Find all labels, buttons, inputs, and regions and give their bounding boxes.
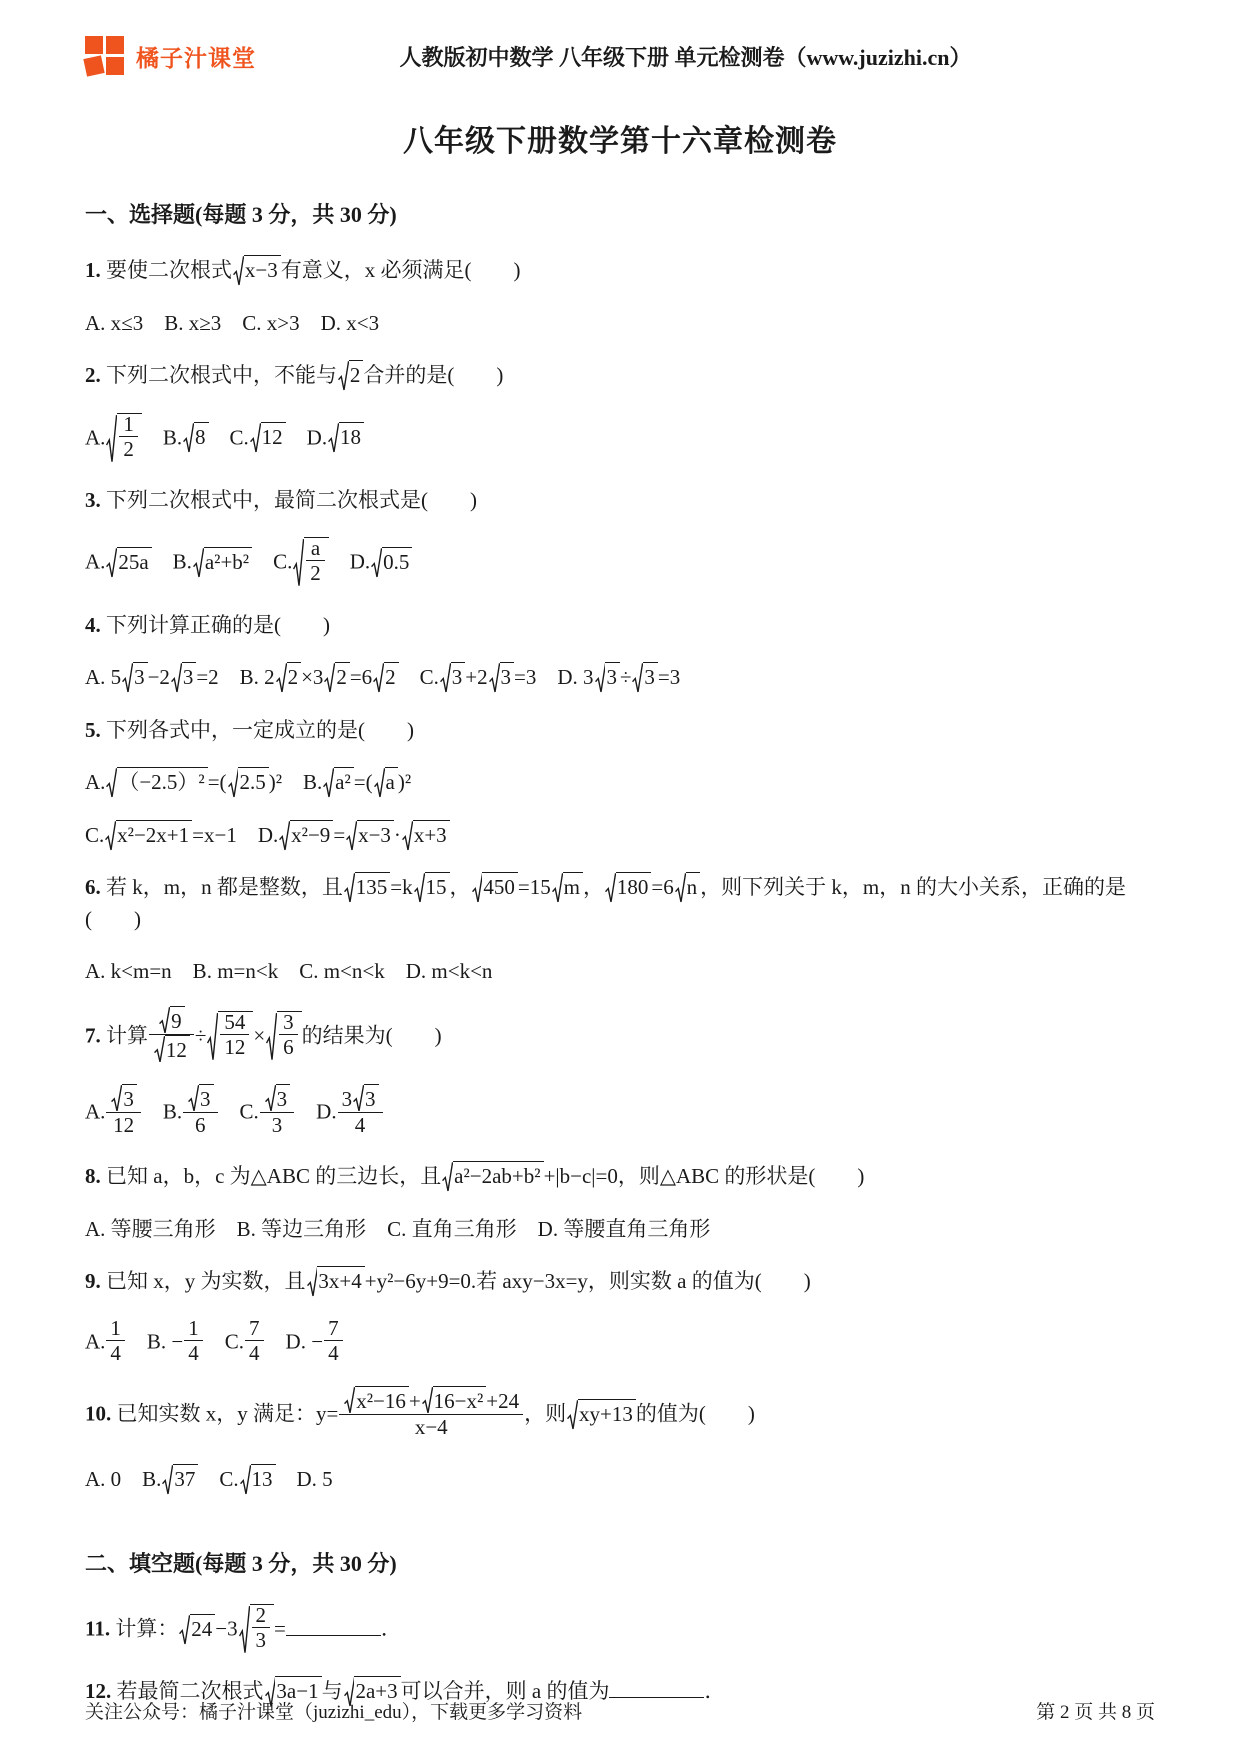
- sqrt-expression: 3: [111, 1084, 136, 1112]
- option-line: A.12 B.8 C.12 D.18: [85, 413, 1155, 464]
- radical-sign-icon: [307, 1266, 318, 1298]
- sqrt-radicand: 3: [199, 1084, 214, 1112]
- radical-sign-icon: [266, 1011, 277, 1062]
- radical-sign-icon: [567, 1399, 578, 1431]
- sqrt-radicand: 2.5: [238, 767, 268, 795]
- sqrt-expression: （−2.5）²: [106, 767, 207, 799]
- sqrt-radicand: 3: [500, 662, 515, 690]
- sqrt-radicand: 3: [133, 662, 148, 690]
- radical-sign-icon: [106, 767, 117, 799]
- sqrt-expression: 12: [106, 413, 141, 464]
- radical-sign-icon: [338, 360, 349, 392]
- bold-text: 8.: [85, 1164, 101, 1188]
- fraction: x²−16+16−x²+24x−4: [338, 1386, 524, 1439]
- question-list: 一、选择题(每题 3 分，共 30 分)1. 要使二次根式x−3有意义，x 必须…: [85, 198, 1155, 1708]
- sqrt-radicand: m: [563, 872, 583, 900]
- fraction-numerator: 54: [220, 1010, 249, 1034]
- fraction-denominator: 12: [149, 1034, 194, 1063]
- fraction: 912: [148, 1006, 195, 1064]
- fraction-numerator: x²−16+16−x²+24: [339, 1386, 523, 1414]
- sqrt-radicand: 2: [384, 662, 399, 690]
- radical-sign-icon: [265, 1084, 276, 1112]
- sqrt-radicand: 135: [355, 872, 391, 900]
- question-line: 6. 若 k，m，n 都是整数，且135=k15，450=15m，180=6n，…: [85, 872, 1155, 935]
- radical-sign-icon: [293, 537, 304, 588]
- section-heading: 一、选择题(每题 3 分，共 30 分): [85, 198, 1155, 231]
- sqrt-radicand: 450: [482, 872, 518, 900]
- logo-square-icon: [85, 36, 103, 54]
- option-line: A. 53−23=2 B. 22×32=62 C.3+23=3 D. 33÷3=…: [85, 662, 1155, 694]
- bold-text: 7.: [85, 1023, 101, 1047]
- fraction-denominator: 4: [184, 1340, 203, 1365]
- sqrt-expression: 135: [344, 872, 390, 904]
- sqrt-expression: n: [675, 872, 700, 904]
- question-line: 11. 计算：24−323=．: [85, 1604, 1155, 1655]
- radical-sign-icon: [440, 662, 451, 694]
- logo-square-icon: [106, 36, 124, 54]
- bold-text: 2.: [85, 363, 101, 387]
- fraction-denominator: 6: [279, 1034, 298, 1059]
- fraction-denominator: 2: [119, 436, 138, 461]
- radical-sign-icon: [324, 662, 335, 694]
- bold-text: 二、填空题(每题 3 分，共 30 分): [85, 1551, 397, 1576]
- sqrt-expression: 12: [154, 1035, 190, 1063]
- radical-sign-icon: [233, 255, 244, 287]
- option-line: A.25a B.a²+b² C.a2 D.0.5: [85, 537, 1155, 588]
- radical-sign-icon: [373, 662, 384, 694]
- answer-blank: [609, 1676, 704, 1698]
- fraction-numerator: 3: [183, 1084, 217, 1112]
- sqrt-expression: x+3: [402, 820, 450, 852]
- radical-sign-icon: [106, 413, 117, 464]
- fraction: 36: [182, 1084, 218, 1137]
- radical-sign-icon: [250, 422, 261, 454]
- radical-sign-icon: [632, 662, 643, 694]
- sqrt-expression: 2: [324, 662, 349, 694]
- page-content: 橘子汁课堂 人教版初中数学 八年级下册 单元检测卷（www.juzizhi.cn…: [0, 0, 1240, 1708]
- sqrt-expression: 3: [489, 662, 514, 694]
- radical-sign-icon: [371, 547, 382, 579]
- sqrt-radicand: 3: [182, 662, 197, 690]
- bold-text: 4.: [85, 613, 101, 637]
- fraction-numerator: 7: [324, 1316, 343, 1340]
- question-line: 3. 下列二次根式中，最简二次根式是( ): [85, 485, 1155, 517]
- fraction-numerator: 3: [106, 1084, 140, 1112]
- sqrt-radicand: 16−x²: [433, 1386, 487, 1414]
- fraction-numerator: 1: [106, 1316, 125, 1340]
- fraction: 5412: [219, 1010, 250, 1059]
- sqrt-expression: 16−x²: [422, 1386, 487, 1414]
- sqrt-radicand: a2: [304, 537, 329, 588]
- radical-sign-icon: [162, 1464, 173, 1496]
- bold-text: 5.: [85, 718, 101, 742]
- fraction-denominator: 3: [260, 1112, 294, 1137]
- radical-sign-icon: [239, 1604, 250, 1655]
- option-line: A. x≤3 B. x≥3 C. x>3 D. x<3: [85, 308, 1155, 340]
- sqrt-expression: m: [552, 872, 583, 904]
- radical-sign-icon: [228, 767, 239, 799]
- sqrt-radicand: x−3: [357, 820, 394, 848]
- fraction-denominator: 4: [338, 1112, 383, 1137]
- sqrt-expression: 3: [595, 662, 620, 694]
- sqrt-expression: x²−2x+1: [105, 820, 192, 852]
- sqrt-expression: 450: [472, 872, 518, 904]
- sqrt-expression: 3: [188, 1084, 213, 1112]
- sqrt-expression: x−3: [233, 255, 281, 287]
- sqrt-expression: 24: [179, 1614, 215, 1646]
- radical-sign-icon: [344, 1386, 355, 1414]
- sqrt-expression: x−3: [346, 820, 394, 852]
- fraction-numerator: 3: [260, 1084, 294, 1112]
- sqrt-radicand: 0.5: [382, 547, 412, 575]
- radical-sign-icon: [171, 662, 182, 694]
- sqrt-expression: a²: [323, 767, 354, 799]
- sqrt-expression: x²−16: [344, 1386, 409, 1414]
- option-line: C.x²−2x+1=x−1 D.x²−9=x−3·x+3: [85, 820, 1155, 852]
- question-line: 9. 已知 x，y 为实数，且3x+4+y²−6y+9=0.若 axy−3x=y…: [85, 1266, 1155, 1298]
- sqrt-radicand: 2: [287, 662, 302, 690]
- bold-text: 9.: [85, 1269, 101, 1293]
- fraction-numerator: 33: [338, 1084, 383, 1112]
- radical-sign-icon: [442, 1161, 453, 1193]
- sqrt-radicand: 3: [122, 1084, 137, 1112]
- sqrt-expression: 3x+4: [307, 1266, 365, 1298]
- sqrt-radicand: 3x+4: [317, 1266, 364, 1294]
- sqrt-radicand: 13: [251, 1464, 276, 1492]
- logo-square-icon: [106, 57, 124, 75]
- sqrt-expression: xy+13: [567, 1399, 636, 1431]
- document-header-title: 人教版初中数学 八年级下册 单元检测卷（www.juzizhi.cn）: [256, 41, 1155, 72]
- fraction-denominator: 4: [245, 1340, 264, 1365]
- sqrt-radicand: 15: [425, 872, 450, 900]
- sqrt-radicand: 36: [277, 1011, 302, 1062]
- fraction: 33: [259, 1084, 295, 1137]
- option-line: A. 等腰三角形 B. 等边三角形 C. 直角三角形 D. 等腰直角三角形: [85, 1214, 1155, 1246]
- sqrt-radicand: 25a: [117, 547, 151, 575]
- fraction: 23: [251, 1603, 272, 1652]
- sqrt-expression: x²−9: [279, 820, 333, 852]
- option-line: A. k<m=n B. m=n<k C. m<n<k D. m<k<n: [85, 956, 1155, 988]
- sqrt-radicand: 180: [616, 872, 652, 900]
- fraction: 14: [183, 1316, 204, 1365]
- sqrt-expression: 15: [414, 872, 450, 904]
- brand-logo: 橘子汁课堂: [85, 36, 256, 76]
- sqrt-expression: 37: [162, 1464, 198, 1496]
- sqrt-radicand: 3: [364, 1084, 379, 1112]
- sqrt-expression: 180: [605, 872, 651, 904]
- sqrt-radicand: 12: [261, 422, 286, 450]
- bold-text: 10.: [85, 1402, 111, 1426]
- sqrt-radicand: xy+13: [578, 1399, 636, 1427]
- fraction-denominator: x−4: [339, 1414, 523, 1439]
- sqrt-expression: 18: [328, 422, 364, 454]
- fraction-denominator: 12: [220, 1034, 249, 1059]
- logo-square-icon: [83, 55, 104, 76]
- sqrt-expression: 2: [338, 360, 363, 392]
- fraction-numerator: 3: [279, 1010, 298, 1034]
- sqrt-expression: 9: [159, 1006, 184, 1034]
- sqrt-radicand: 18: [339, 422, 364, 450]
- radical-sign-icon: [188, 1084, 199, 1112]
- radical-sign-icon: [344, 872, 355, 904]
- fraction: 36: [278, 1010, 299, 1059]
- sqrt-expression: 2.5: [228, 767, 269, 799]
- fraction-denominator: 2: [306, 560, 325, 585]
- sqrt-expression: 3: [632, 662, 657, 694]
- sqrt-expression: 3: [265, 1084, 290, 1112]
- fraction-denominator: 4: [106, 1340, 125, 1365]
- sqrt-radicand: 3: [451, 662, 466, 690]
- sqrt-radicand: 12: [117, 413, 142, 464]
- radical-sign-icon: [279, 820, 290, 852]
- fraction-denominator: 12: [106, 1112, 140, 1137]
- fraction-numerator: 1: [119, 412, 138, 436]
- radical-sign-icon: [193, 547, 204, 579]
- sqrt-expression: a²−2ab+b²: [442, 1161, 543, 1193]
- sqrt-radicand: 24: [190, 1614, 215, 1642]
- sqrt-expression: 3: [440, 662, 465, 694]
- fraction: 74: [323, 1316, 344, 1365]
- question-line: 2. 下列二次根式中，不能与2合并的是( ): [85, 360, 1155, 392]
- fraction-numerator: 9: [149, 1006, 194, 1034]
- bold-text: 6.: [85, 875, 101, 899]
- radical-sign-icon: [111, 1084, 122, 1112]
- logo-text: 橘子汁课堂: [136, 40, 256, 73]
- radical-sign-icon: [105, 820, 116, 852]
- sqrt-expression: a: [374, 767, 398, 799]
- fraction-numerator: 7: [245, 1316, 264, 1340]
- radical-sign-icon: [422, 1386, 433, 1414]
- sqrt-expression: 2: [276, 662, 301, 694]
- radical-sign-icon: [159, 1006, 170, 1034]
- radical-sign-icon: [183, 422, 194, 454]
- fraction-denominator: 3: [252, 1627, 271, 1652]
- exam-page: 橘子汁课堂 人教版初中数学 八年级下册 单元检测卷（www.juzizhi.cn…: [0, 0, 1240, 1754]
- fraction-numerator: 1: [184, 1316, 203, 1340]
- sqrt-radicand: 37: [173, 1464, 198, 1492]
- question-line: 7. 计算912÷5412×36的结果为( ): [85, 1009, 1155, 1067]
- sqrt-expression: 5412: [207, 1011, 253, 1062]
- radical-sign-icon: [328, 422, 339, 454]
- sqrt-radicand: 2: [335, 662, 350, 690]
- fraction-denominator: 4: [324, 1340, 343, 1365]
- sqrt-radicand: x−3: [244, 255, 281, 283]
- sqrt-radicand: 3: [643, 662, 658, 690]
- sqrt-radicand: 8: [194, 422, 209, 450]
- sqrt-expression: a²+b²: [193, 547, 252, 579]
- radical-sign-icon: [323, 767, 334, 799]
- question-line: 8. 已知 a，b，c 为△ABC 的三边长，且a²−2ab+b²+|b−c|=…: [85, 1161, 1155, 1193]
- fraction-numerator: a: [306, 536, 325, 560]
- sqrt-expression: 8: [183, 422, 208, 454]
- radical-sign-icon: [472, 872, 483, 904]
- fraction-numerator: 2: [252, 1603, 271, 1627]
- sqrt-radicand: a²: [334, 767, 354, 795]
- fraction: 14: [105, 1316, 126, 1365]
- page-number: 第 2 页 共 8 页: [1036, 1697, 1155, 1724]
- page-title: 八年级下册数学第十六章检测卷: [85, 116, 1155, 160]
- sqrt-radicand: a²−2ab+b²: [453, 1161, 543, 1189]
- sqrt-radicand: n: [686, 872, 701, 900]
- sqrt-radicand: 3: [276, 1084, 291, 1112]
- sqrt-radicand: 5412: [218, 1011, 253, 1062]
- fraction: 312: [105, 1084, 141, 1137]
- radical-sign-icon: [154, 1035, 165, 1063]
- section-heading: 二、填空题(每题 3 分，共 30 分): [85, 1547, 1155, 1580]
- radical-sign-icon: [122, 662, 133, 694]
- sqrt-radicand: x²−16: [355, 1386, 409, 1414]
- bold-text: 3.: [85, 488, 101, 512]
- question-line: 4. 下列计算正确的是( ): [85, 610, 1155, 642]
- sqrt-radicand: （−2.5）²: [117, 767, 207, 795]
- option-line: A.（−2.5）²=(2.5)² B.a²=(a)²: [85, 767, 1155, 799]
- sqrt-radicand: 2: [349, 360, 364, 388]
- radical-sign-icon: [605, 872, 616, 904]
- sqrt-expression: 25a: [106, 547, 151, 579]
- fraction-denominator: 6: [183, 1112, 217, 1137]
- question-line: 1. 要使二次根式x−3有意义，x 必须满足( ): [85, 255, 1155, 287]
- sqrt-radicand: x²−2x+1: [116, 820, 192, 848]
- radical-sign-icon: [207, 1011, 218, 1062]
- bold-text: 1.: [85, 258, 101, 282]
- sqrt-radicand: a²+b²: [204, 547, 252, 575]
- sqrt-expression: 36: [266, 1011, 301, 1062]
- radical-sign-icon: [402, 820, 413, 852]
- sqrt-expression: 3: [171, 662, 196, 694]
- question-line: 5. 下列各式中，一定成立的是( ): [85, 715, 1155, 747]
- radical-sign-icon: [552, 872, 563, 904]
- sqrt-expression: 23: [239, 1604, 274, 1655]
- sqrt-expression: 3: [122, 662, 147, 694]
- sqrt-radicand: 9: [170, 1006, 185, 1034]
- fraction: a2: [305, 536, 326, 585]
- radical-sign-icon: [353, 1084, 364, 1112]
- radical-sign-icon: [374, 767, 385, 799]
- sqrt-expression: 13: [240, 1464, 276, 1496]
- option-line: A. 0 B.37 C.13 D. 5: [85, 1464, 1155, 1496]
- sqrt-radicand: 12: [165, 1035, 190, 1063]
- sqrt-radicand: 3: [605, 662, 620, 690]
- answer-blank: [286, 1614, 381, 1636]
- radical-sign-icon: [489, 662, 500, 694]
- logo-icon: [85, 36, 127, 76]
- sqrt-radicand: x²−9: [290, 820, 333, 848]
- option-line: A.312 B.36 C.33 D.334: [85, 1087, 1155, 1140]
- radical-sign-icon: [106, 547, 117, 579]
- radical-sign-icon: [346, 820, 357, 852]
- radical-sign-icon: [675, 872, 686, 904]
- page-header: 橘子汁课堂 人教版初中数学 八年级下册 单元检测卷（www.juzizhi.cn…: [85, 36, 1155, 76]
- option-line: A.14 B. −14 C.74 D. −74: [85, 1319, 1155, 1368]
- question-line: 10. 已知实数 x，y 满足：y=x²−16+16−x²+24x−4，则xy+…: [85, 1389, 1155, 1442]
- sqrt-expression: 2: [373, 662, 398, 694]
- sqrt-radicand: 23: [250, 1604, 275, 1655]
- radical-sign-icon: [276, 662, 287, 694]
- bold-text: 一、选择题(每题 3 分，共 30 分): [85, 202, 397, 227]
- page-footer: 关注公众号：橘子汁课堂（juzizhi_edu），下载更多学习资料 第 2 页 …: [85, 1697, 1155, 1724]
- fraction: 334: [337, 1084, 384, 1137]
- bold-text: 11.: [85, 1617, 110, 1641]
- sqrt-expression: a2: [293, 537, 328, 588]
- sqrt-radicand: a: [385, 767, 398, 795]
- fraction: 12: [118, 412, 139, 461]
- radical-sign-icon: [179, 1614, 190, 1646]
- fraction: 74: [244, 1316, 265, 1365]
- radical-sign-icon: [414, 872, 425, 904]
- sqrt-expression: 12: [250, 422, 286, 454]
- footer-note: 关注公众号：橘子汁课堂（juzizhi_edu），下载更多学习资料: [85, 1697, 582, 1724]
- sqrt-radicand: x+3: [413, 820, 450, 848]
- radical-sign-icon: [240, 1464, 251, 1496]
- radical-sign-icon: [595, 662, 606, 694]
- sqrt-expression: 3: [353, 1084, 378, 1112]
- sqrt-expression: 0.5: [371, 547, 412, 579]
